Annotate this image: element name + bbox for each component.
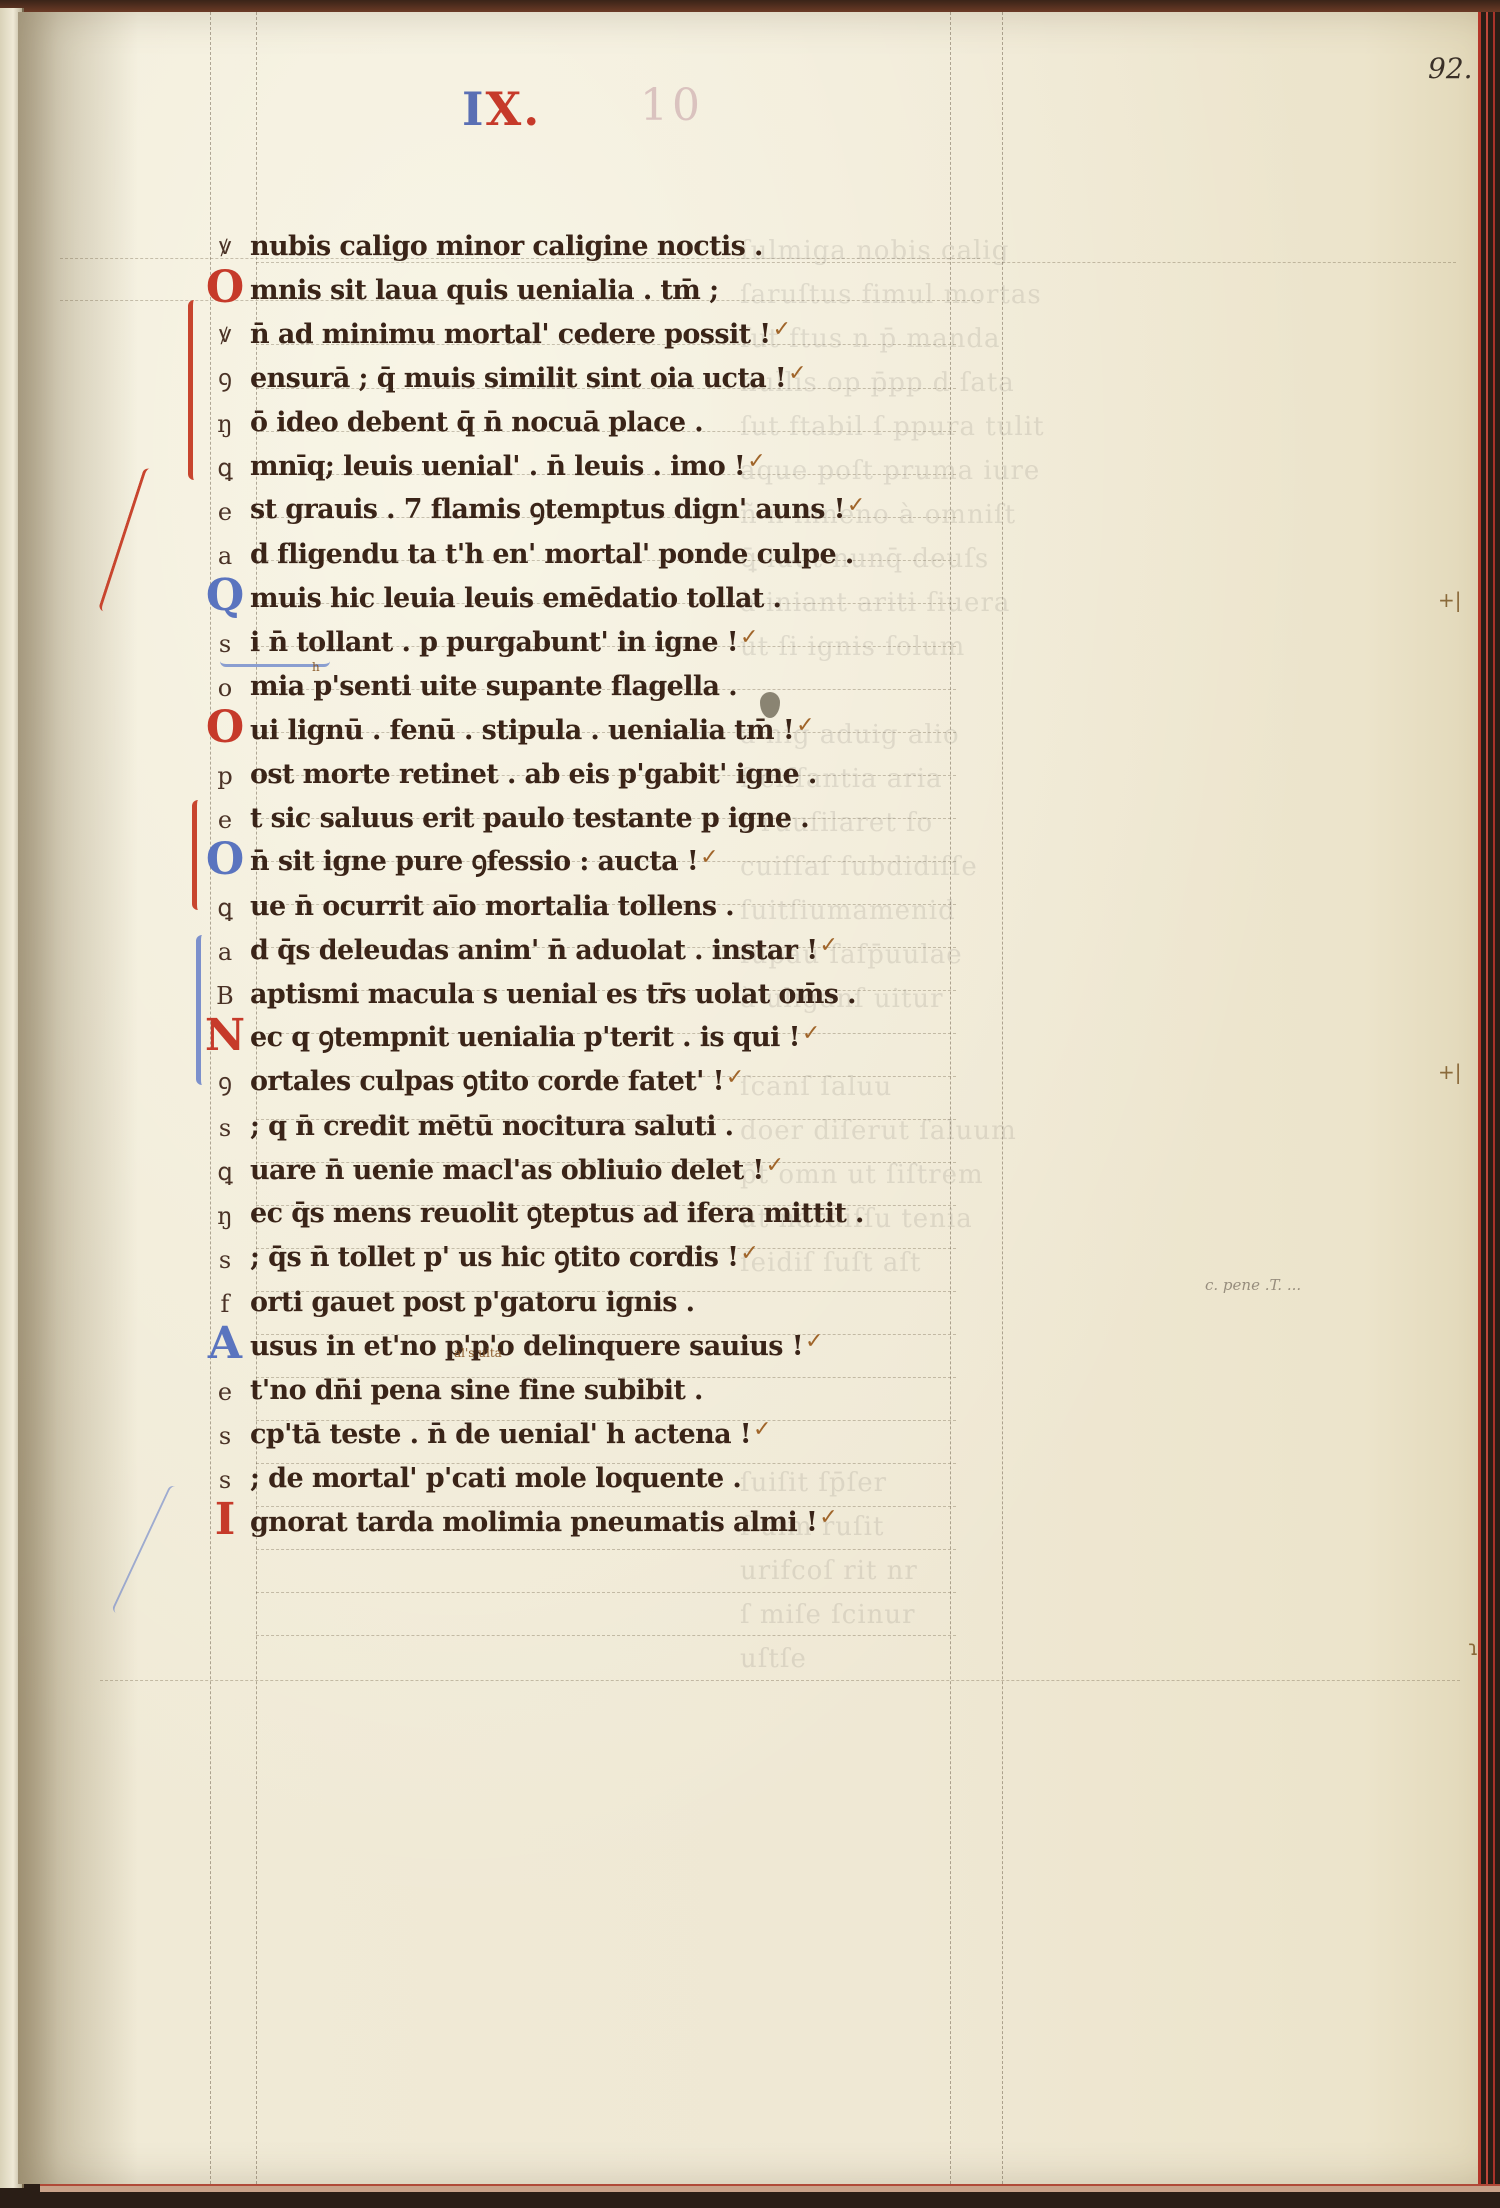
correction-check-mark: ✓ (740, 1241, 758, 1280)
verse-text: gnorat tarda molimia pneumatis almi ! (250, 1507, 817, 1544)
verse-line: ꝗ mnīq; leuis uenial' . n̄ leuis . imo !… (200, 444, 766, 488)
manuscript-scan: ſulmiga nobis calig ſaruſtus fimul morta… (0, 0, 1500, 2208)
ruling-line-vertical (1002, 12, 1003, 2184)
ruling-prick-mark: +| (1438, 1060, 1462, 1084)
correction-check-mark: ✓ (819, 1505, 837, 1544)
verse-text: uare n̄ uenie macl'as obliuio delet ! (250, 1155, 764, 1192)
verse-text: ui lignū . fenū . stipula . uenialia tm̄… (250, 715, 794, 752)
verse-line: Q muis hic leuia leuis emēdatio tollat . (200, 576, 781, 620)
verse-text: d q̄s deleudas anim' n̄ aduolat . instar… (250, 935, 817, 972)
verse-line: ꝟ nubis caligo minor caligine noctis . (200, 224, 763, 268)
initial-letter: O (200, 706, 250, 752)
initial-letter: O (200, 838, 250, 884)
margin-letter: a (200, 938, 250, 972)
verse-line: ꝗ uare n̄ uenie macl'as obliuio delet ! … (200, 1148, 784, 1192)
verse-line: O ui lignū . fenū . stipula . uenialia t… (200, 708, 815, 752)
ruling-line-horizontal (256, 1549, 956, 1550)
initial-letter: Q (200, 574, 250, 620)
bleed-through-text: ut ſi ignis ſolum (740, 632, 965, 662)
folio-number: 92. (1428, 52, 1473, 85)
interlinear-gloss: h (312, 660, 320, 674)
chapter-number: IX. (462, 82, 541, 136)
correction-check-mark: ✓ (819, 933, 837, 972)
verse-text: st grauis . 7 flamis ꝯtemptus dign' auns… (250, 489, 845, 532)
verse-text: t'no dn̄i pena sine fine subibit . (250, 1375, 703, 1412)
correction-check-mark: ✓ (740, 625, 758, 664)
bleed-through-text: ſ miſe ſcinur (740, 1600, 916, 1630)
bleed-through-text: cuiſſaſ ſubdidiſſe (740, 852, 978, 882)
margin-letter: ꝯ (200, 361, 250, 400)
verse-text: mnis sit laua quis uenialia . tm̄ ; (250, 275, 718, 312)
chapter-number-red: X. (486, 82, 542, 136)
margin-letter: ꝟ (200, 317, 250, 356)
verse-text: mnīq; leuis uenial' . n̄ leuis . imo ! (250, 451, 745, 488)
initial-letter: I (200, 1498, 250, 1544)
margin-letter: p (200, 762, 250, 796)
verse-line: s i n̄ tollant . p purgabunt' in igne ! … (200, 620, 758, 664)
verse-text: i n̄ tollant . p purgabunt' in igne ! (250, 627, 738, 664)
verse-text: cp'tā teste . n̄ de uenial' h actena ! (250, 1419, 751, 1456)
chapter-number-blue: I (462, 82, 486, 136)
margin-letter: ꝗ (200, 894, 250, 928)
ruling-line-horizontal (256, 1635, 956, 1636)
verse-text: nubis caligo minor caligine noctis . (250, 231, 763, 268)
verse-text: ec q ꝯtempnit uenialia p'terit . is qui … (250, 1017, 800, 1060)
ruling-prick-mark: ɿ (1468, 1636, 1479, 1660)
verse-text: ue n̄ ocurrit aīo mortalia tollens . (250, 891, 734, 928)
verse-line: ŋ ō ideo debent q̄ n̄ nocuā place . (200, 400, 703, 444)
margin-letter: e (200, 1378, 250, 1412)
margin-letter: ꝗ (200, 1158, 250, 1192)
bleed-through-text: ſut ftabil ſ ppura tulit (740, 412, 1045, 442)
verse-text: n̄ sit igne pure ꝯfessio : aucta ! (250, 841, 698, 884)
verse-line: p ost morte retinet . ab eis p'gabit' ig… (200, 752, 817, 796)
verse-line: e st grauis . 7 flamis ꝯtemptus dign' au… (200, 488, 865, 532)
verse-line: s ; q̄s n̄ tollet p' us hic ꝯtito cordis… (200, 1236, 759, 1280)
correction-check-mark: ✓ (788, 361, 806, 400)
margin-letter: ꝯ (200, 1065, 250, 1104)
verse-text: ec q̄s mens reuolit ꝯteptus ad ifera mit… (250, 1193, 864, 1236)
verse-line: a d q̄s deleudas anim' n̄ aduolat . inst… (200, 928, 838, 972)
margin-letter: s (200, 1422, 250, 1456)
bleed-through-text: aque poſt pruma iure (740, 456, 1040, 486)
verse-line: f orti gauet post p'gatoru ignis . (200, 1280, 694, 1324)
correction-check-mark: ✓ (747, 449, 765, 488)
margin-letter: e (200, 498, 250, 532)
correction-check-mark: ✓ (796, 713, 814, 752)
verse-text: ō ideo debent q̄ n̄ nocuā place . (250, 407, 703, 444)
verse-line: e t sic saluus erit paulo testante p ign… (200, 796, 809, 840)
verse-line: ŋ ec q̄s mens reuolit ꝯteptus ad ifera m… (200, 1192, 864, 1236)
bleed-through-text: ſeidiſ ſuſt aſt (740, 1248, 921, 1278)
ruling-line-horizontal (100, 1680, 1460, 1681)
verse-line: O n̄ sit igne pure ꝯfessio : aucta ! ✓ (200, 840, 719, 884)
verse-text: t sic saluus erit paulo testante p igne … (250, 803, 809, 840)
margin-letter: s (200, 1114, 250, 1148)
bleed-through-text: ſuiſit ſp̄ſer (740, 1468, 887, 1498)
red-page-edge (1493, 12, 1495, 2184)
verse-text: ; q n̄ credit mētū nocitura saluti . (250, 1111, 733, 1148)
verse-line: s ; de mortal' p'cati mole loquente . (200, 1456, 741, 1500)
verse-line: A usus in et'no p'p'o delinquere sauius … (200, 1324, 823, 1368)
bleed-through-text: ſulmiga nobis calig (740, 236, 1009, 266)
margin-letter: s (200, 630, 250, 664)
verse-line: e t'no dn̄i pena sine fine subibit . (200, 1368, 703, 1412)
bleed-through-text: uſtſe (740, 1644, 807, 1674)
verse-line: I gnorat tarda molimia pneumatis almi ! … (200, 1500, 838, 1544)
verse-text: aptismi macula s uenial es tr̄s uolat om… (250, 979, 856, 1016)
margin-letter: ꝗ (200, 454, 250, 488)
correction-check-mark: ✓ (726, 1065, 744, 1104)
verse-text: n̄ ad minimu mortal' cedere possit ! (250, 319, 771, 356)
correction-check-mark: ✓ (773, 317, 791, 356)
page-bottom-edge (40, 2184, 1500, 2192)
verse-text: usus in et'no p'p'o delinquere sauius ! (250, 1331, 803, 1368)
bleed-through-text: urifcoſ rit nr (740, 1556, 918, 1586)
initial-letter: N (200, 1014, 250, 1060)
verse-text: mia p'senti uite supante flagella . (250, 671, 737, 708)
bleed-through-text: ſuitſiumamenid (740, 896, 956, 926)
correction-check-mark: ✓ (805, 1329, 823, 1368)
initial-letter: O (200, 266, 250, 312)
initial-letter: A (200, 1322, 250, 1368)
verse-line: s cp'tā teste . n̄ de uenial' h actena !… (200, 1412, 771, 1456)
correction-check-mark: ✓ (700, 845, 718, 884)
margin-letter: ŋ (200, 1202, 250, 1236)
verse-line: ꝗ ue n̄ ocurrit aīo mortalia tollens . (200, 884, 734, 928)
verse-text: ost morte retinet . ab eis p'gabit' igne… (250, 759, 817, 796)
correction-check-mark: ✓ (802, 1021, 820, 1060)
verse-line: ꝟ n̄ ad minimu mortal' cedere possit ! ✓ (200, 312, 791, 356)
verse-text: d fligendu ta t'h en' mortal' ponde culp… (250, 539, 854, 576)
interlinear-gloss: al's uita (454, 1346, 502, 1360)
verse-line: O mnis sit laua quis uenialia . tm̄ ; (200, 268, 718, 312)
correction-check-mark: ✓ (847, 493, 865, 532)
verse-text: ; q̄s n̄ tollet p' us hic ꝯtito cordis ! (250, 1237, 738, 1280)
chapter-number-ghost: 10 (640, 80, 704, 131)
red-page-edge (1478, 12, 1481, 2184)
book-cover-edge (0, 0, 1500, 12)
bleed-through-text: doer diſerut ſaluum (740, 1116, 1017, 1146)
verse-line: ꝯ ensurā ; q̄ muis similit sint oia ucta… (200, 356, 807, 400)
correction-check-mark: ✓ (766, 1153, 784, 1192)
verse-line: N ec q ꝯtempnit uenialia p'terit . is qu… (200, 1016, 820, 1060)
verse-text: muis hic leuia leuis emēdatio tollat . (250, 583, 781, 620)
verse-text: ensurā ; q̄ muis similit sint oia ucta ! (250, 363, 786, 400)
bleed-through-text: ſaruſtus fimul mortas (740, 280, 1042, 310)
verse-line: B aptismi macula s uenial es tr̄s uolat … (200, 972, 856, 1016)
verse-line: o mia p'senti uite supante flagella . (200, 664, 737, 708)
margin-letter: ŋ (200, 410, 250, 444)
bleed-through-text: ſcanſ ſaluu (740, 1072, 892, 1102)
verse-line: a d fligendu ta t'h en' mortal' ponde cu… (200, 532, 854, 576)
ruling-prick-mark: +| (1438, 588, 1462, 612)
verse-line: ꝯ ortales culpas ꝯtito corde fatet' ! ✓ (200, 1060, 744, 1104)
margin-letter: s (200, 1246, 250, 1280)
verse-text: orti gauet post p'gatoru ignis . (250, 1287, 694, 1324)
marginal-note: c. pene .T. ... (1205, 1276, 1301, 1294)
verse-text: ortales culpas ꝯtito corde fatet' ! (250, 1061, 724, 1104)
verse-text: ; de mortal' p'cati mole loquente . (250, 1463, 741, 1500)
verse-line: s ; q n̄ credit mētū nocitura saluti . (200, 1104, 733, 1148)
correction-check-mark: ✓ (753, 1417, 771, 1456)
ruling-line-horizontal (256, 1592, 956, 1593)
red-page-edge (1486, 12, 1488, 2184)
